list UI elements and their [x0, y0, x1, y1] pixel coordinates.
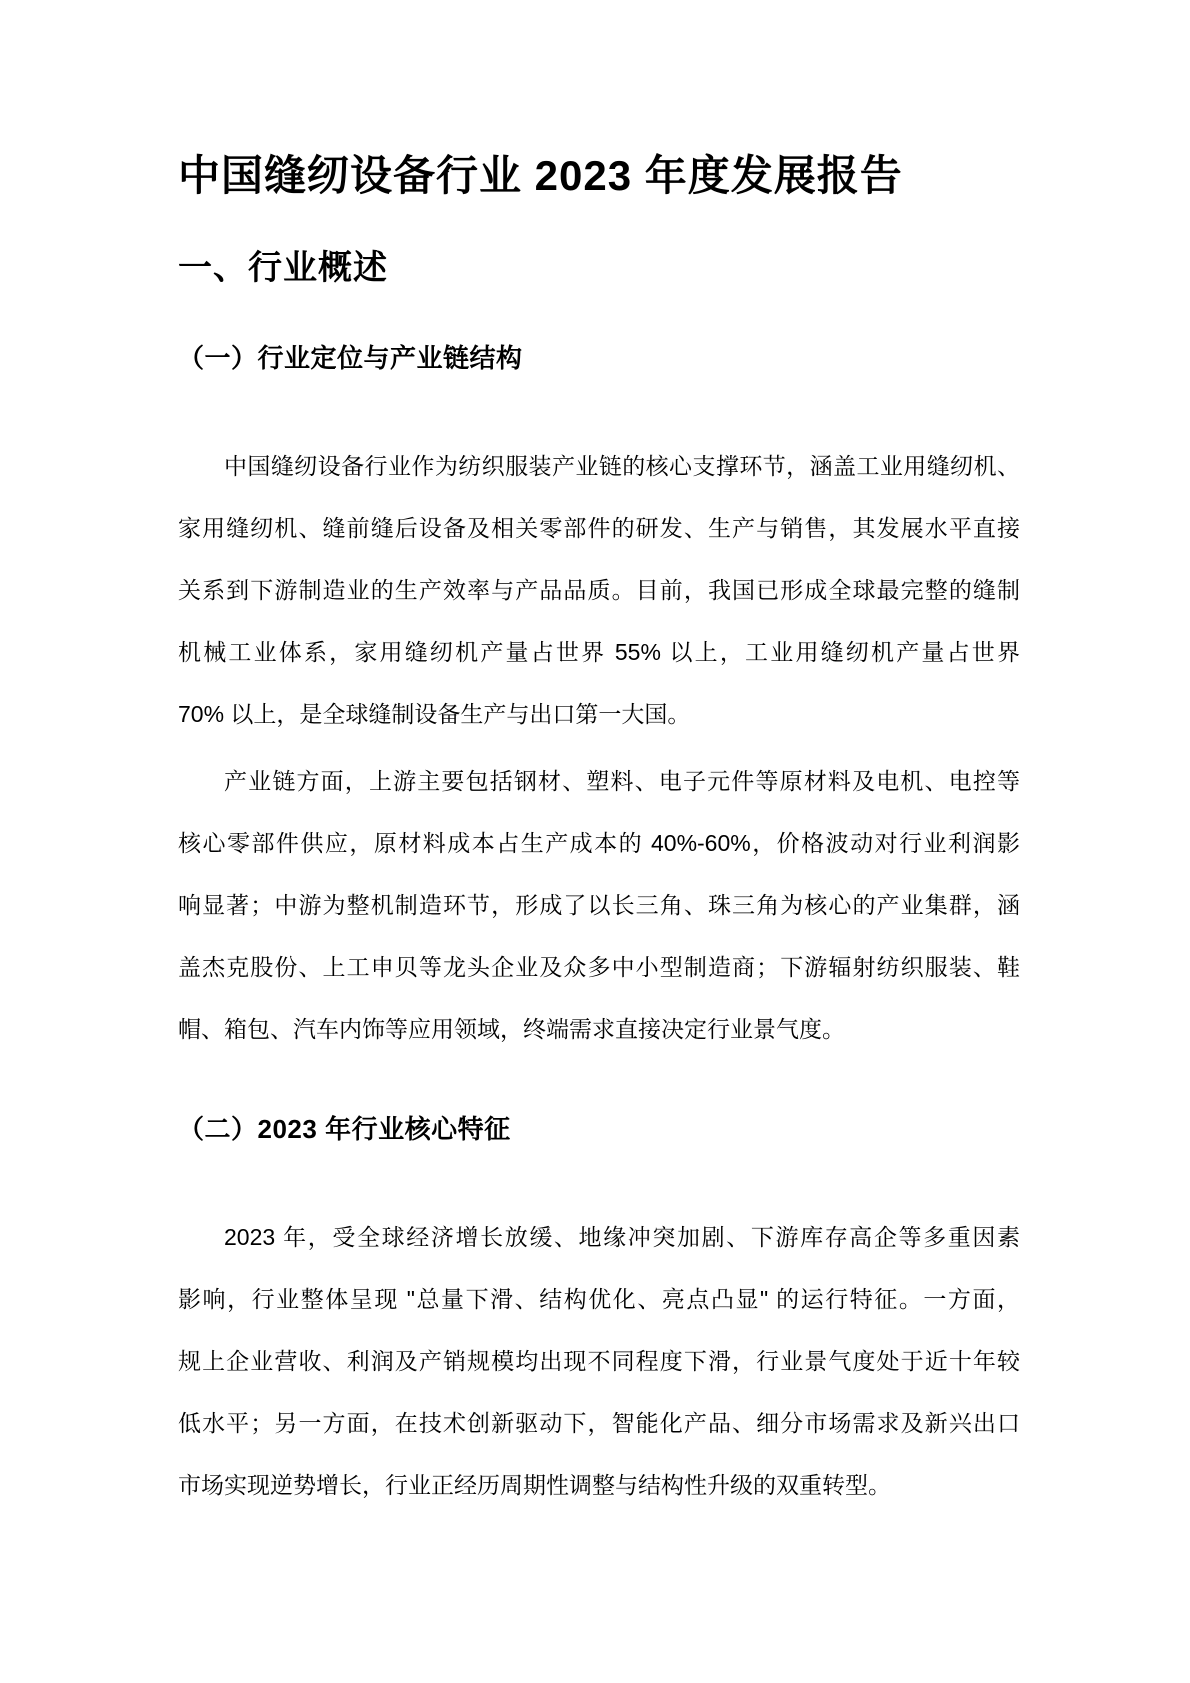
paragraph-line: 响显著；中游为整机制造环节，形成了以长三角、珠三角为核心的产业集群，涵	[178, 874, 1020, 936]
paragraph-line: 帽、箱包、汽车内饰等应用领域，终端需求直接决定行业景气度。	[178, 998, 1020, 1060]
subsection-heading-industry-position: （一）行业定位与产业链结构	[178, 341, 1020, 375]
paragraph-line: 家用缝纫机、缝前缝后设备及相关零部件的研发、生产与销售，其发展水平直接	[178, 497, 1020, 559]
paragraph-line: 机械工业体系，家用缝纫机产量占世界 55% 以上，工业用缝纫机产量占世界	[178, 621, 1020, 683]
paragraph-line: 70% 以上，是全球缝制设备生产与出口第一大国。	[178, 683, 1020, 745]
paragraph-line: 盖杰克股份、上工申贝等龙头企业及众多中小型制造商；下游辐射纺织服装、鞋	[178, 936, 1020, 998]
document-page: 中国缝纫设备行业 2023 年度发展报告 一、行业概述 （一）行业定位与产业链结…	[0, 0, 1190, 1683]
subsection-heading-2023-core-features: （二）2023 年行业核心特征	[178, 1112, 1020, 1146]
paragraph-industry-position: 中国缝纫设备行业作为纺织服装产业链的核心支撑环节，涵盖工业用缝纫机、 家用缝纫机…	[178, 435, 1020, 745]
document-title: 中国缝纫设备行业 2023 年度发展报告	[178, 150, 1020, 202]
paragraph-line: 关系到下游制造业的生产效率与产品品质。目前，我国已形成全球最完整的缝制	[178, 559, 1020, 621]
paragraph-line: 市场实现逆势增长，行业正经历周期性调整与结构性升级的双重转型。	[178, 1454, 1020, 1516]
paragraph-line: 规上企业营收、利润及产销规模均出现不同程度下滑，行业景气度处于近十年较	[178, 1330, 1020, 1392]
paragraph-supply-chain: 产业链方面，上游主要包括钢材、塑料、电子元件等原材料及电机、电控等 核心零部件供…	[178, 750, 1020, 1060]
paragraph-line: 2023 年，受全球经济增长放缓、地缘冲突加剧、下游库存高企等多重因素	[178, 1206, 1020, 1268]
paragraph-line: 产业链方面，上游主要包括钢材、塑料、电子元件等原材料及电机、电控等	[178, 750, 1020, 812]
section-heading-industry-overview: 一、行业概述	[178, 247, 1020, 289]
paragraph-line: 低水平；另一方面，在技术创新驱动下，智能化产品、细分市场需求及新兴出口	[178, 1392, 1020, 1454]
paragraph-2023-core-features: 2023 年，受全球经济增长放缓、地缘冲突加剧、下游库存高企等多重因素 影响，行…	[178, 1206, 1020, 1516]
paragraph-line: 核心零部件供应，原材料成本占生产成本的 40%-60%，价格波动对行业利润影	[178, 812, 1020, 874]
paragraph-line: 中国缝纫设备行业作为纺织服装产业链的核心支撑环节，涵盖工业用缝纫机、	[178, 435, 1020, 497]
paragraph-line: 影响，行业整体呈现 "总量下滑、结构优化、亮点凸显" 的运行特征。一方面，	[178, 1268, 1020, 1330]
